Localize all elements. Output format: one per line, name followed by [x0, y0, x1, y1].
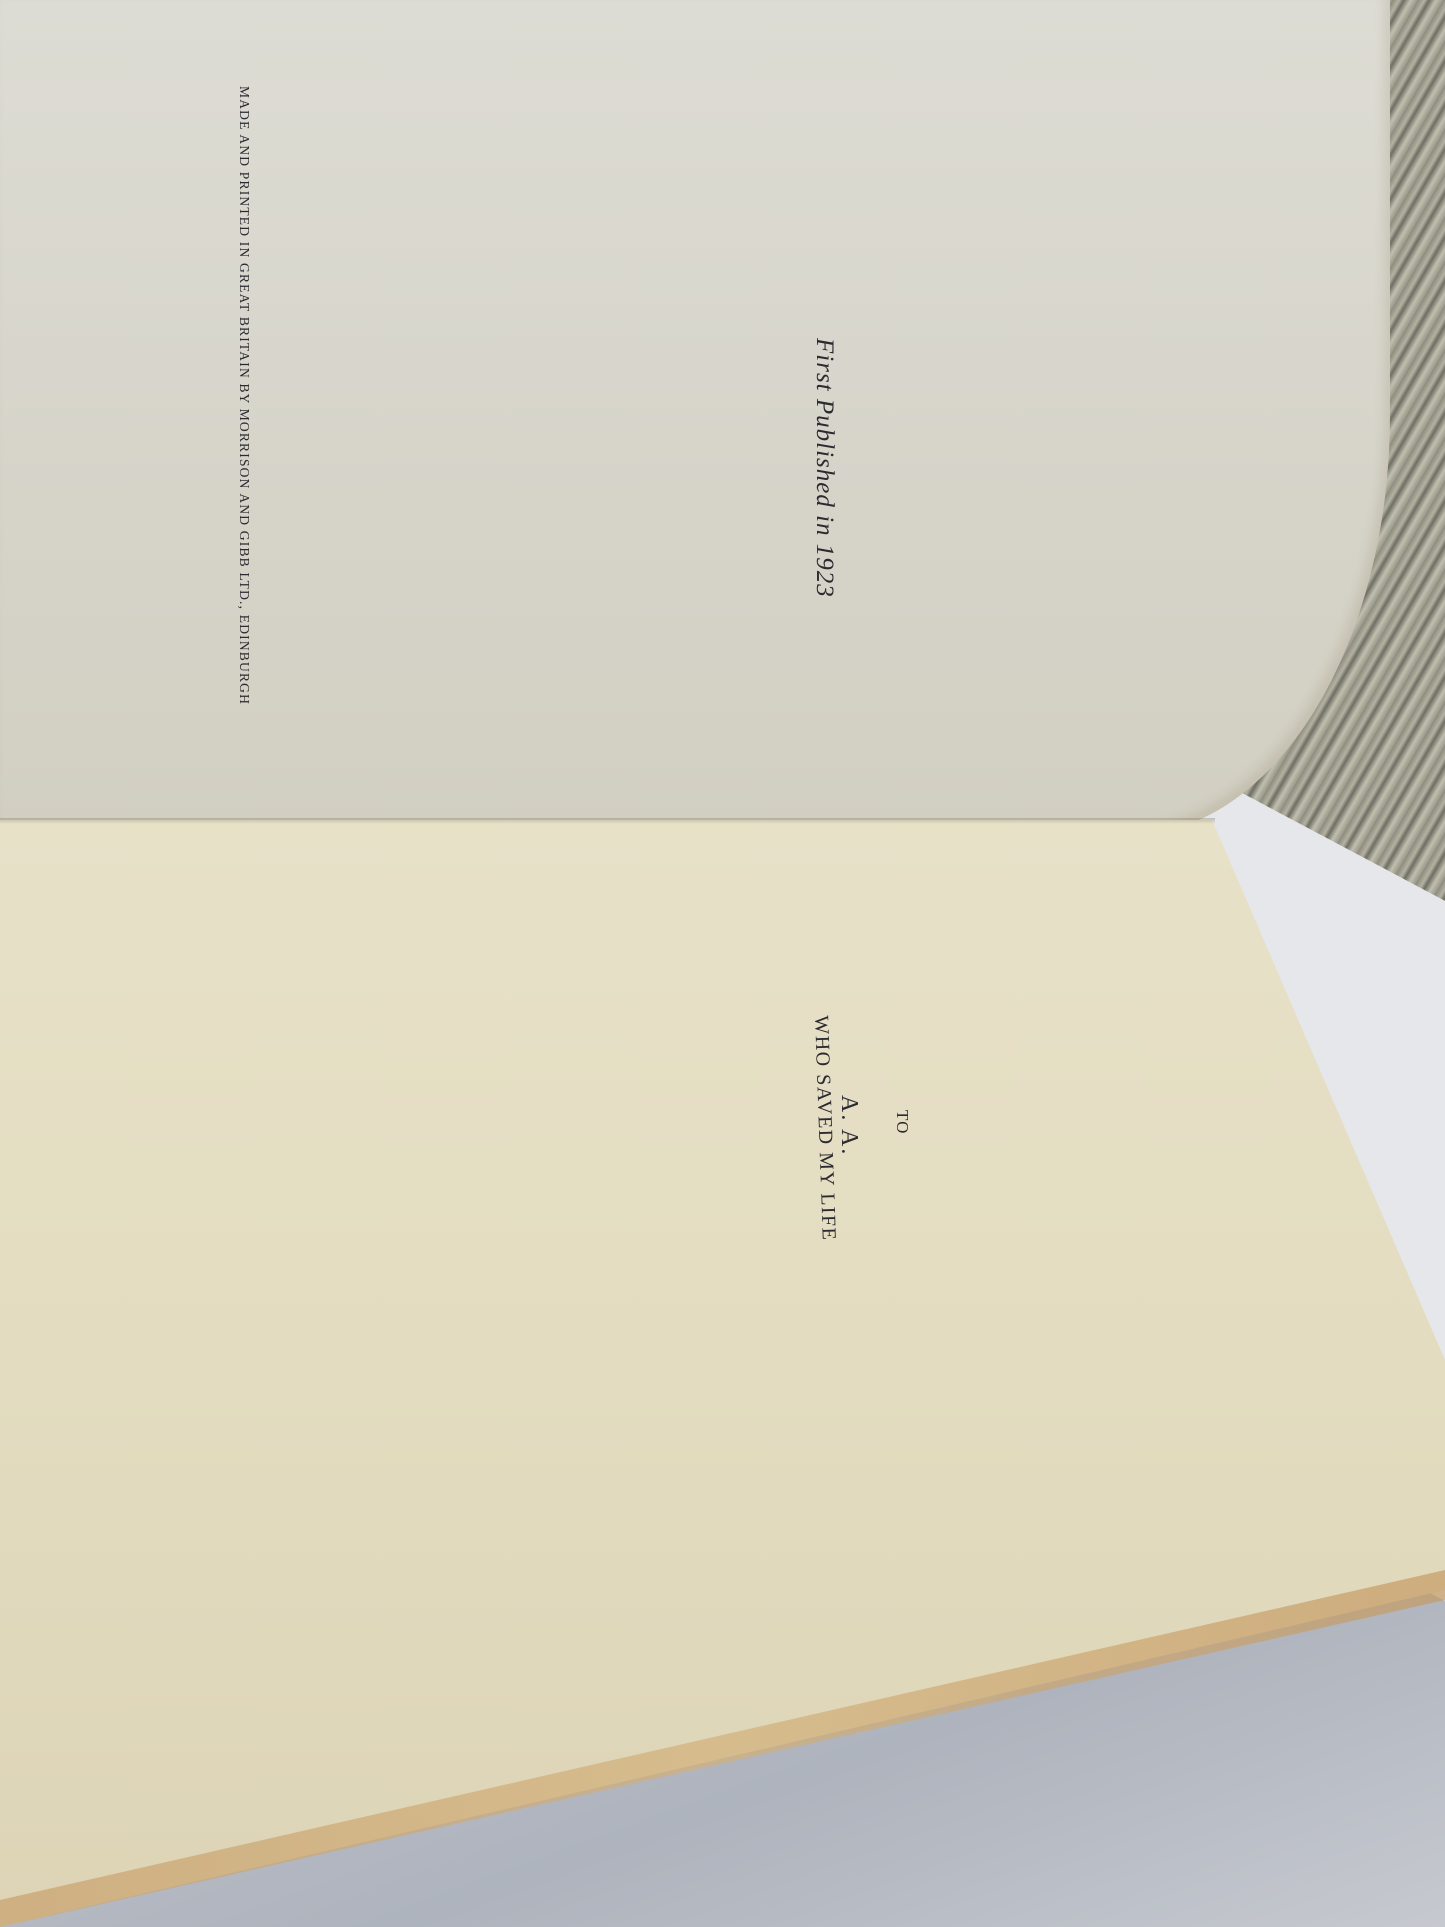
dedication-initials: A. A. [835, 1095, 862, 1156]
dedication-to: TO [892, 1110, 912, 1134]
imprint-page: MADE AND PRINTED IN GREAT BRITAIN BY MOR… [0, 0, 1390, 835]
publication-date-note: First Published in 1923 [810, 338, 838, 598]
printer-imprint: MADE AND PRINTED IN GREAT BRITAIN BY MOR… [236, 86, 252, 705]
book-gutter [0, 818, 1215, 824]
